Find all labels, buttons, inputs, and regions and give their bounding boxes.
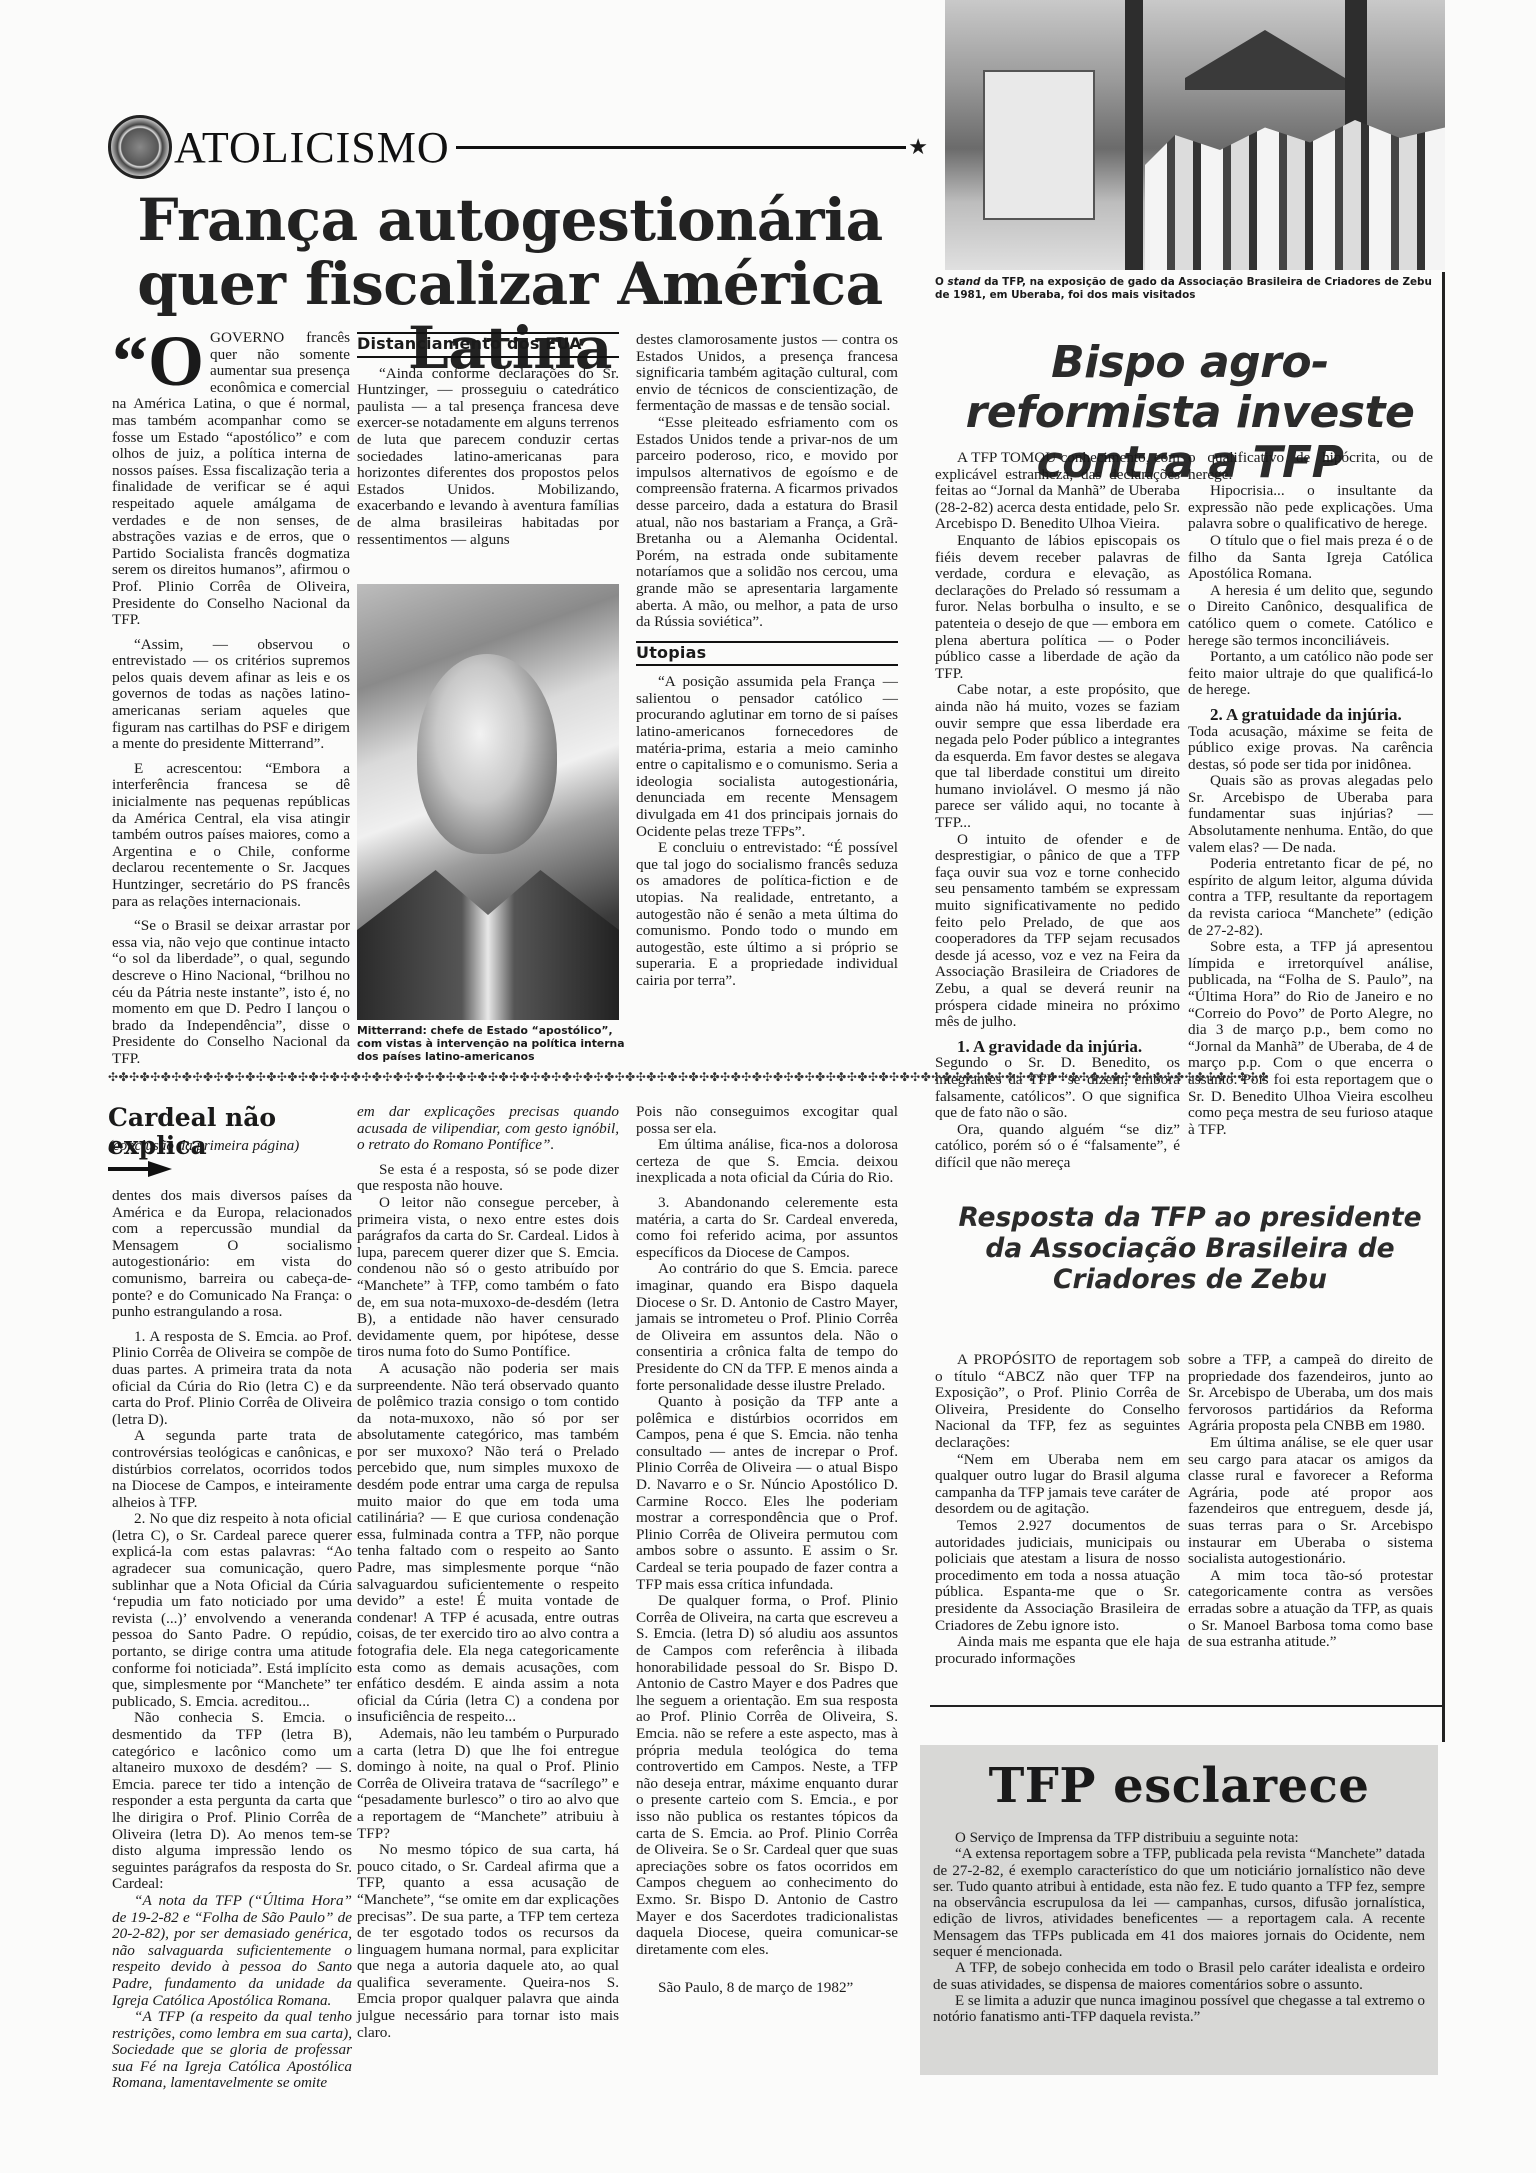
- masthead-title: ATOLICISMO: [174, 122, 450, 173]
- ornamental-divider: ✣✤✣✤✣✤✣✤✣✤✣✤✣✤✣✤✣✤✣✤✣✤✣✤✣✤✣✤✣✤✣✤✣✤✣✤✣✤✣✤…: [108, 1070, 1428, 1084]
- arrow-right-icon: [108, 1160, 172, 1178]
- signoff-date: São Paulo, 8 de março de 1982”: [636, 1980, 898, 1997]
- article3-bottom-rule: [930, 1705, 1442, 1707]
- subhead-distanciamento: Distanciamento dos EUA: [357, 332, 619, 358]
- masthead-rule: [456, 146, 907, 149]
- article2-col1: A TFP TOMOU conhecimento, com explicável…: [935, 450, 1180, 1172]
- article1-col3: destes clamorosamente justos — contra os…: [636, 332, 898, 990]
- article4-col1: dentes dos mais diversos países da Améri…: [112, 1188, 352, 2092]
- star-icon: ★: [908, 134, 928, 160]
- article4-col3: Pois não conseguimos excogitar qual poss…: [636, 1104, 898, 1997]
- article4-col2: em dar explicações precisas quando acusa…: [357, 1104, 619, 2041]
- right-column-rule: [1442, 272, 1445, 1742]
- mitterrand-photo-caption: Mitterrand: chefe de Estado “apostólico”…: [357, 1024, 627, 1063]
- dropcap: “O: [112, 332, 204, 390]
- section-title-gravidade: 1. A gravidade da injúria.: [935, 1039, 1180, 1056]
- article3-col1: A PROPÓSITO de reportagem sob o título “…: [935, 1352, 1180, 1667]
- article3-headline: Resposta da TFP ao presidente da Associa…: [940, 1202, 1440, 1295]
- article1-col1: “OGOVERNO francês quer não somente aumen…: [112, 330, 350, 1068]
- tfp-stand-photo: [945, 0, 1445, 270]
- article3-col2: sobre a TFP, a campeã do direito de prop…: [1188, 1352, 1433, 1651]
- stand-photo-caption: O stand da TFP, na exposição de gado da …: [935, 276, 1435, 301]
- subhead-utopias: Utopias: [636, 641, 898, 667]
- mitterrand-photo: [357, 584, 619, 1020]
- catolicismo-seal-logo: [108, 115, 172, 179]
- article2-col2: o qualificativo de hipócrita, ou de here…: [1188, 450, 1433, 1138]
- article5-headline: TFP esclarece: [920, 1758, 1438, 1814]
- article5-body: O Serviço de Imprensa da TFP distribuiu …: [933, 1830, 1425, 2026]
- section-title-gratuidade: 2. A gratuidade da injúria.: [1188, 707, 1433, 724]
- stand-sign: [983, 70, 1095, 220]
- article4-subcaption: (conclusão da primeira página): [108, 1138, 353, 1155]
- article1-col2: Distanciamento dos EUA “Ainda conforme d…: [357, 332, 619, 548]
- masthead: ATOLICISMO ★: [108, 112, 928, 182]
